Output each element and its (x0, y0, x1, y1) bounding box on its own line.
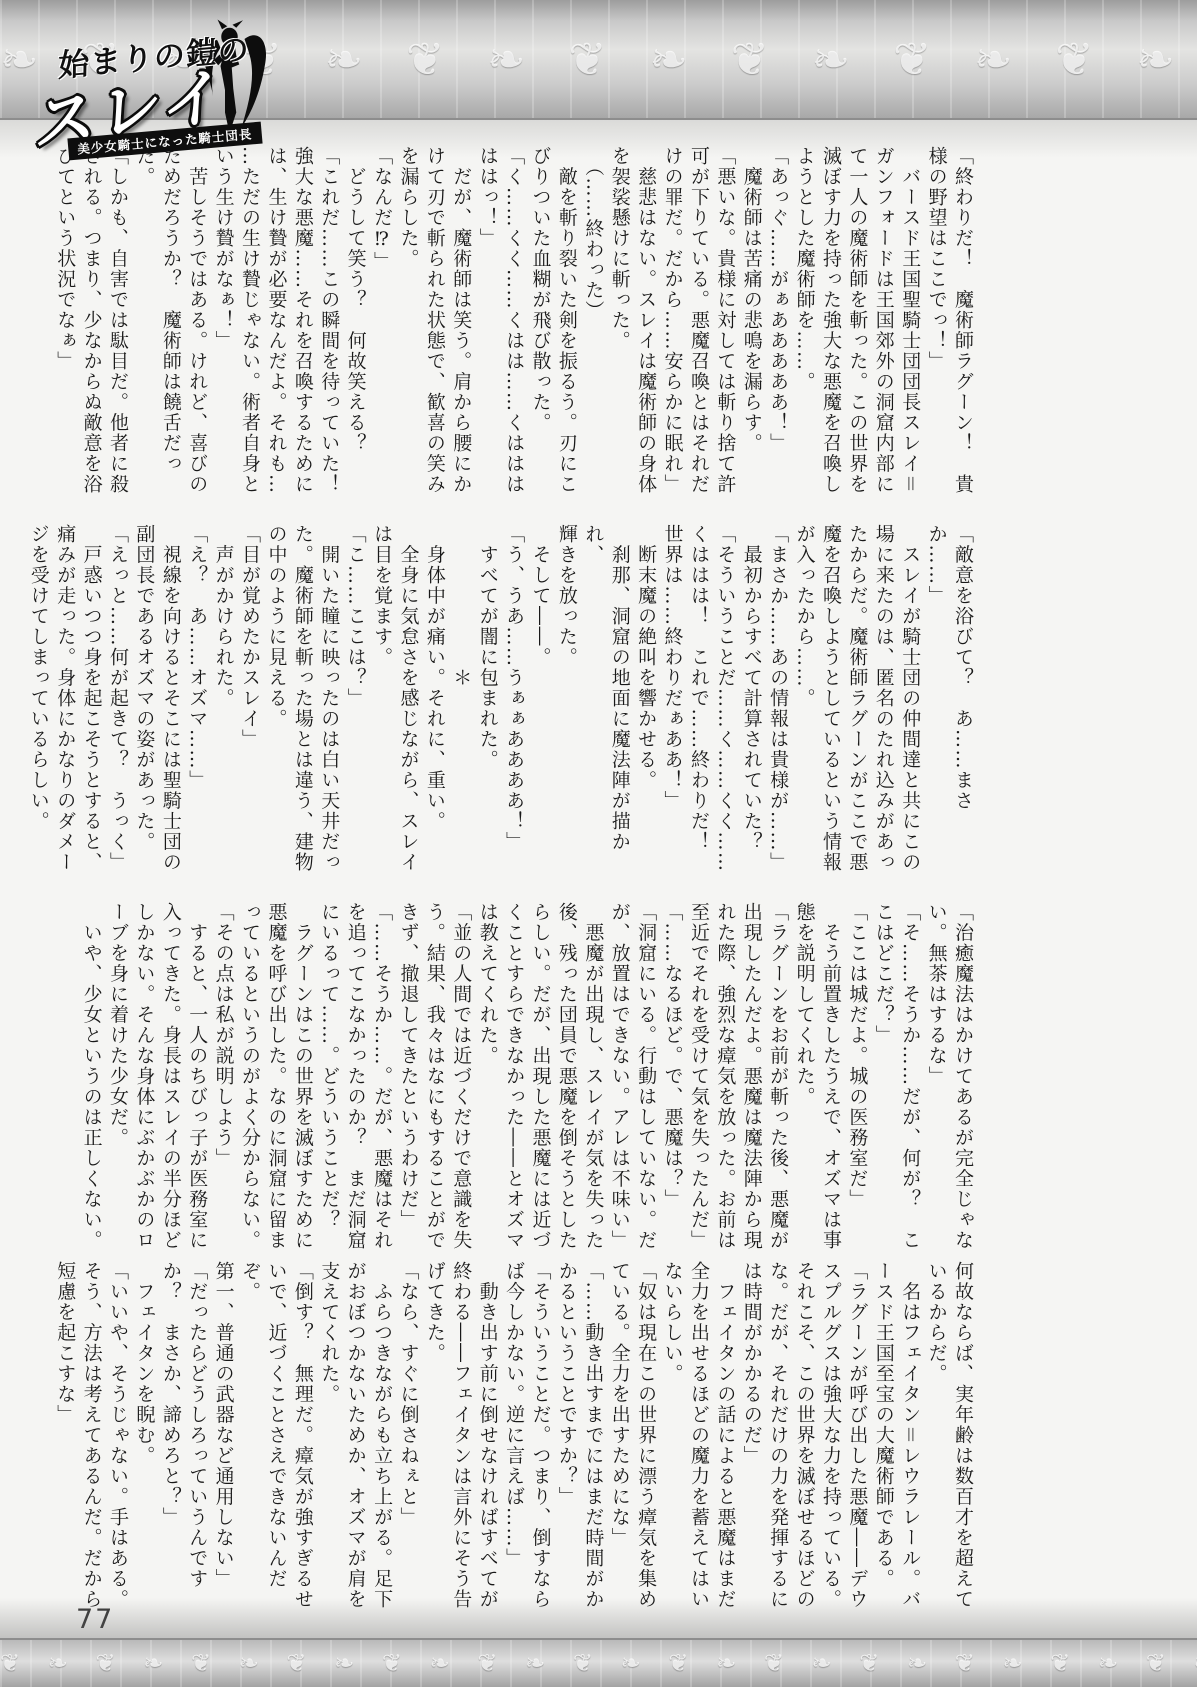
text-column: は目を覚ます。 (369, 524, 395, 876)
text-column: 全力を出せるほどの魔力を蓄えてはい (686, 1261, 712, 1613)
text-column: は時間がかかるのだ」 (738, 1261, 764, 1613)
text-column: 悪魔が出現し、スレイが気を失った (580, 902, 606, 1254)
text-column: ふらつきながらも立ち上がる。足下 (369, 1261, 395, 1613)
text-column: 「しかも、自害では駄目だ。他者に殺 (105, 146, 131, 498)
text-column: フェイタンの話によると悪魔はまだ (712, 1261, 738, 1613)
text-column: くははは！ これで……終わりだ！ (686, 524, 712, 876)
text-column: くことすらできなかった――とオズマ (501, 902, 527, 1254)
text-column: な。だが、それだけの力を発揮するに (765, 1261, 791, 1613)
text-column: か？ まさか、諦めろと？」 (157, 1261, 183, 1613)
text-column: こはどこだ？」 (870, 902, 896, 1254)
text-column: 何故ならば、実年齢は数百才を超えて (950, 1261, 976, 1613)
text-column: 「そういうことだ……く……くく…… (712, 524, 738, 876)
text-column: そう、方法は考えてあるんだ。だから (78, 1261, 104, 1613)
text-column: 戸惑いつつ身を起こそうとすると、 (78, 524, 104, 876)
text-column: 魔術師は苦痛の悲鳴を漏らす。 (738, 146, 764, 498)
text-column: が入ったから……。 (791, 524, 817, 876)
text-column: 強大な悪魔……それを召喚するために (289, 146, 315, 498)
text-column: 出現したんだよ。悪魔は魔法陣から現 (738, 902, 764, 1254)
text-column: 後、残った団員で悪魔を倒そうとした (554, 902, 580, 1254)
text-column: すべてが闇に包まれた。 (474, 524, 500, 876)
text-column: びりついた血糊が飛び散った。 (527, 146, 553, 498)
text-column: を袈裟懸けに斬った。 (606, 146, 632, 498)
text-column: 可が下りている。悪魔召喚とはそれだ (686, 146, 712, 498)
text-column: いるからだ。 (923, 1261, 949, 1613)
text-column: …ただの生け贄じゃない。術者自身と (237, 146, 263, 498)
text-column: だが、魔術師は笑う。肩から腰にか (448, 146, 474, 498)
novel-text: 「終わりだ！ 魔術師ラグーン！ 貴様の野望はここでっ！」 バースド王国聖騎士団団… (0, 0, 1197, 1687)
text-column: 「ここは城だよ。城の医務室だ」 (844, 902, 870, 1254)
text-column: いで、近づくことさえできないんだぞ。 (237, 1261, 290, 1613)
text-band-1: 「終わりだ！ 魔術師ラグーン！ 貴様の野望はここでっ！」 バースド王国聖騎士団団… (78, 146, 976, 498)
text-column: 「その点は私が説明しよう」 (210, 902, 236, 1254)
text-column: たからだ。魔術師ラグーンがここで悪 (844, 524, 870, 876)
text-column: 「なら、すぐに倒さねぇと」 (395, 1261, 421, 1613)
text-column: 「倒す？ 無理だ。瘴気が強すぎるせ (289, 1261, 315, 1613)
text-column: 苦しそうではある。けれど、喜びの (184, 146, 210, 498)
text-column: ははっ！」 (474, 146, 500, 498)
text-column: 動き出す前に倒せなければすべてが (474, 1261, 500, 1613)
text-column: 短慮を起こすな」 (52, 1261, 78, 1613)
text-column: ようとした魔術師を……。 (791, 146, 817, 498)
text-column: きず、撤退してきたというわけだ」 (395, 902, 421, 1254)
text-column: ジを受けてしまっているらしい。 (25, 524, 51, 876)
text-column: 終わる――フェイタンは言外にそう告 (448, 1261, 474, 1613)
text-column: 「奴は現在この世界に漂う瘴気を集め (633, 1261, 659, 1613)
novel-page: ❧ ❦ ❧ ❦ ❧ ❦ ❧ ❦ ❧ ❦ ❧ ❦ ❧ ❦ ❧ ❦ ❧ ❦ ❧ ❦ … (0, 0, 1197, 1687)
text-column: 入ってきた。身長はスレイの半分ほど (157, 902, 183, 1254)
text-column: 「終わりだ！ 魔術師ラグーン！ 貴 (950, 146, 976, 498)
text-column: 魔を召喚しようとしているという情報 (818, 524, 844, 876)
text-column: 「えっと……何が起きて？ うっく」 (105, 524, 131, 876)
text-column: 態を説明してくれた。 (791, 902, 817, 1254)
text-column: 痛みが走った。身体にかなりのダメー (52, 524, 78, 876)
text-column: 場に来たのは、匿名のたれ込みがあっ (870, 524, 896, 876)
text-column: 至近でそれを受けて気を失ったんだ」 (686, 902, 712, 1254)
text-column: ＊ (448, 524, 474, 876)
text-column: 刹那、洞窟の地面に魔法陣が描かれ、 (580, 524, 633, 876)
text-column: そして――。 (527, 524, 553, 876)
text-column: っているというのがよく分からない。 (237, 902, 263, 1254)
text-column: は教えてくれた。 (474, 902, 500, 1254)
text-column: 「なんだ⁉」 (369, 146, 395, 498)
text-column: 「……そうか……。だが、悪魔はそれ (369, 902, 395, 1254)
border-pattern-bottom: ❦ ❧ ❦ ❧ ❦ ❧ ❦ ❧ ❦ ❧ ❦ ❧ ❦ ❧ ❦ ❧ ❦ ❧ ❦ ❧ … (0, 1640, 1197, 1687)
text-column: いや、少女というのは正しくない。 (78, 902, 104, 1254)
text-column: 世界は……終わりだぁああ！」 (659, 524, 685, 876)
text-column: ている。全力を出すためにな」 (606, 1261, 632, 1613)
text-column: 敵を斬り裂いた剣を振るう。刃にこ (554, 146, 580, 498)
text-column: 「そういうことだ。つまり、倒すなら (527, 1261, 553, 1613)
text-column: どうして笑う？ 何故笑える？ (342, 146, 368, 498)
text-column: ないらしい。 (659, 1261, 685, 1613)
text-column: 「並の人間では近づくだけで意識を失 (448, 902, 474, 1254)
text-column: た。魔術師を斬った場とは違う、建物 (289, 524, 315, 876)
text-column: フェイタンを睨む。 (131, 1261, 157, 1613)
text-column: 視線を向けるとそこには聖騎士団の (157, 524, 183, 876)
text-column: 滅ぼす力を持った強大な悪魔を召喚し (818, 146, 844, 498)
text-column: 「あっぐ……がぁあああああ！」 (765, 146, 791, 498)
text-column: 「だったらどうしろっていうんです (184, 1261, 210, 1613)
text-column: スレイが騎士団の仲間達と共にこの (897, 524, 923, 876)
text-column: 開いた瞳に映ったのは白い天井だっ (316, 524, 342, 876)
text-column: 「う、うあ……うぁぁああああ！」 (501, 524, 527, 876)
text-column: 名はフェイタン＝レウラレール。バ (897, 1261, 923, 1613)
text-column: しかない。そんな身体にぶかぶかのロ (131, 902, 157, 1254)
text-column: を漏らした。 (395, 146, 421, 498)
text-column: ースド王国至宝の大魔術師である。 (870, 1261, 896, 1613)
text-column: が、放置はできない。アレは不味い」 (606, 902, 632, 1254)
text-column: 輝きを放った。 (554, 524, 580, 876)
text-column: される。つまり、少なからぬ敵意を浴 (78, 146, 104, 498)
text-column: びてという状況でなぁ」 (52, 146, 78, 498)
text-column: 「く……くく……くはは……くははは (501, 146, 527, 498)
text-column: がおぼつかないためか、オズマが肩を (342, 1261, 368, 1613)
text-column: 「まさか……あの情報は貴様が……」 (765, 524, 791, 876)
text-column: 「これだ……この瞬間を待っていた！ (316, 146, 342, 498)
text-column: かるということですか？」 (554, 1261, 580, 1613)
text-column: けの罪だ。だから……安らかに眠れ」 (659, 146, 685, 498)
text-column: げてきた。 (421, 1261, 447, 1613)
text-column: 断末魔の絶叫を響かせる。 (633, 524, 659, 876)
text-column: 「敵意を浴びて？ あ……まさか……」 (923, 524, 976, 876)
text-column: にいるって……。どういうことだ？ (316, 902, 342, 1254)
text-column: 副団長であるオズマの姿があった。 (131, 524, 157, 876)
text-column: すると、一人のちびっ子が医務室に (184, 902, 210, 1254)
text-column: ガンフォードは王国郊外の洞窟内部に (870, 146, 896, 498)
text-column: スプルグスは強大な力を持っている。 (818, 1261, 844, 1613)
text-column: そう前置きしたうえで、オズマは事 (818, 902, 844, 1254)
text-column: ーブを身に着けた少女だ。 (105, 902, 131, 1254)
text-column: の中のように見える。 (263, 524, 289, 876)
text-column: 「ラグーンが呼び出した悪魔――デウ (844, 1261, 870, 1613)
text-column: い。無茶はするな」 (923, 902, 949, 1254)
text-column: 身体中が痛い。それに、重い。 (421, 524, 447, 876)
page-bottom-shading (0, 1598, 1197, 1638)
text-column: 様の野望はここでっ！」 (923, 146, 949, 498)
text-column: 最初からすべて計算されていた？ (738, 524, 764, 876)
text-column: を追ってこなかったのか？ まだ洞窟 (342, 902, 368, 1254)
text-band-3: 「治癒魔法はかけてあるが完全じゃない。無茶はするな」「そ……そうか……だが、何が… (78, 902, 976, 1254)
text-column: 全身に気怠さを感じながら、スレイ (395, 524, 421, 876)
text-column: 「目が覚めたかスレイ」 (237, 524, 263, 876)
text-column: （……終わった） (580, 146, 606, 498)
text-column: 「そ……そうか……だが、何が？ こ (897, 902, 923, 1254)
text-column: 声がかけられた。 (210, 524, 236, 876)
text-column: けて刃で斬られた状態で、歓喜の笑み (421, 146, 447, 498)
text-column: いう生け贄がなぁ！」 (210, 146, 236, 498)
text-column: らしい。だが、出現した悪魔には近づ (527, 902, 553, 1254)
text-column: 「ラグーンをお前が斬った後、悪魔が (765, 902, 791, 1254)
text-column: は、生け贄が必要なんだよ。それも… (263, 146, 289, 498)
text-column: れた際、強烈な瘴気を放った。お前は (712, 902, 738, 1254)
text-column: 支えてくれた。 (316, 1261, 342, 1613)
text-column: ラグーンはこの世界を滅ぼすために (289, 902, 315, 1254)
text-column: 「いいや、そうじゃない。手はある。 (105, 1261, 131, 1613)
text-column: 「治癒魔法はかけてあるが完全じゃな (950, 902, 976, 1254)
text-column: バースド王国聖騎士団団長スレイ＝ (897, 146, 923, 498)
text-column: う。結果、我々はなにもすることがで (421, 902, 447, 1254)
text-column: 悪魔を呼び出した。なのに洞窟に留ま (263, 902, 289, 1254)
text-column: 「悪いな。貴様に対しては斬り捨て許 (712, 146, 738, 498)
text-column: 「洞窟にいる。行動はしていない。だ (633, 902, 659, 1254)
text-column: ためだろうか？ 魔術師は饒舌だった。 (131, 146, 184, 498)
ornamental-border-bottom: ❦ ❧ ❦ ❧ ❦ ❧ ❦ ❧ ❦ ❧ ❦ ❧ ❦ ❧ ❦ ❧ ❦ ❧ ❦ ❧ … (0, 1638, 1197, 1687)
text-band-4: 何故ならば、実年齢は数百才を超えているからだ。 名はフェイタン＝レウラレール。バ… (78, 1261, 976, 1613)
text-column: 慈悲はない。スレイは魔術師の身体 (633, 146, 659, 498)
text-column: 第一、普通の武器など通用しない」 (210, 1261, 236, 1613)
text-column: それこそ、この世界を滅ぼせるほどの (791, 1261, 817, 1613)
text-column: 「こ……ここは？」 (342, 524, 368, 876)
series-logo: 始まりの鎧の スレイ 美少女騎士になった騎士団長 (8, 2, 273, 160)
text-column: 「え？ あ……オズマ……」 (184, 524, 210, 876)
text-column: 「……動き出すまでにはまだ時間がか (580, 1261, 606, 1613)
text-column: 「……なるほど。で、悪魔は？」 (659, 902, 685, 1254)
text-band-2: 「敵意を浴びて？ あ……まさか……」 スレイが騎士団の仲間達と共にこの場に来たの… (78, 524, 976, 876)
text-column: ば今しかない。逆に言えば……」 (501, 1261, 527, 1613)
text-column: て一人の魔術師を斬った。この世界を (844, 146, 870, 498)
